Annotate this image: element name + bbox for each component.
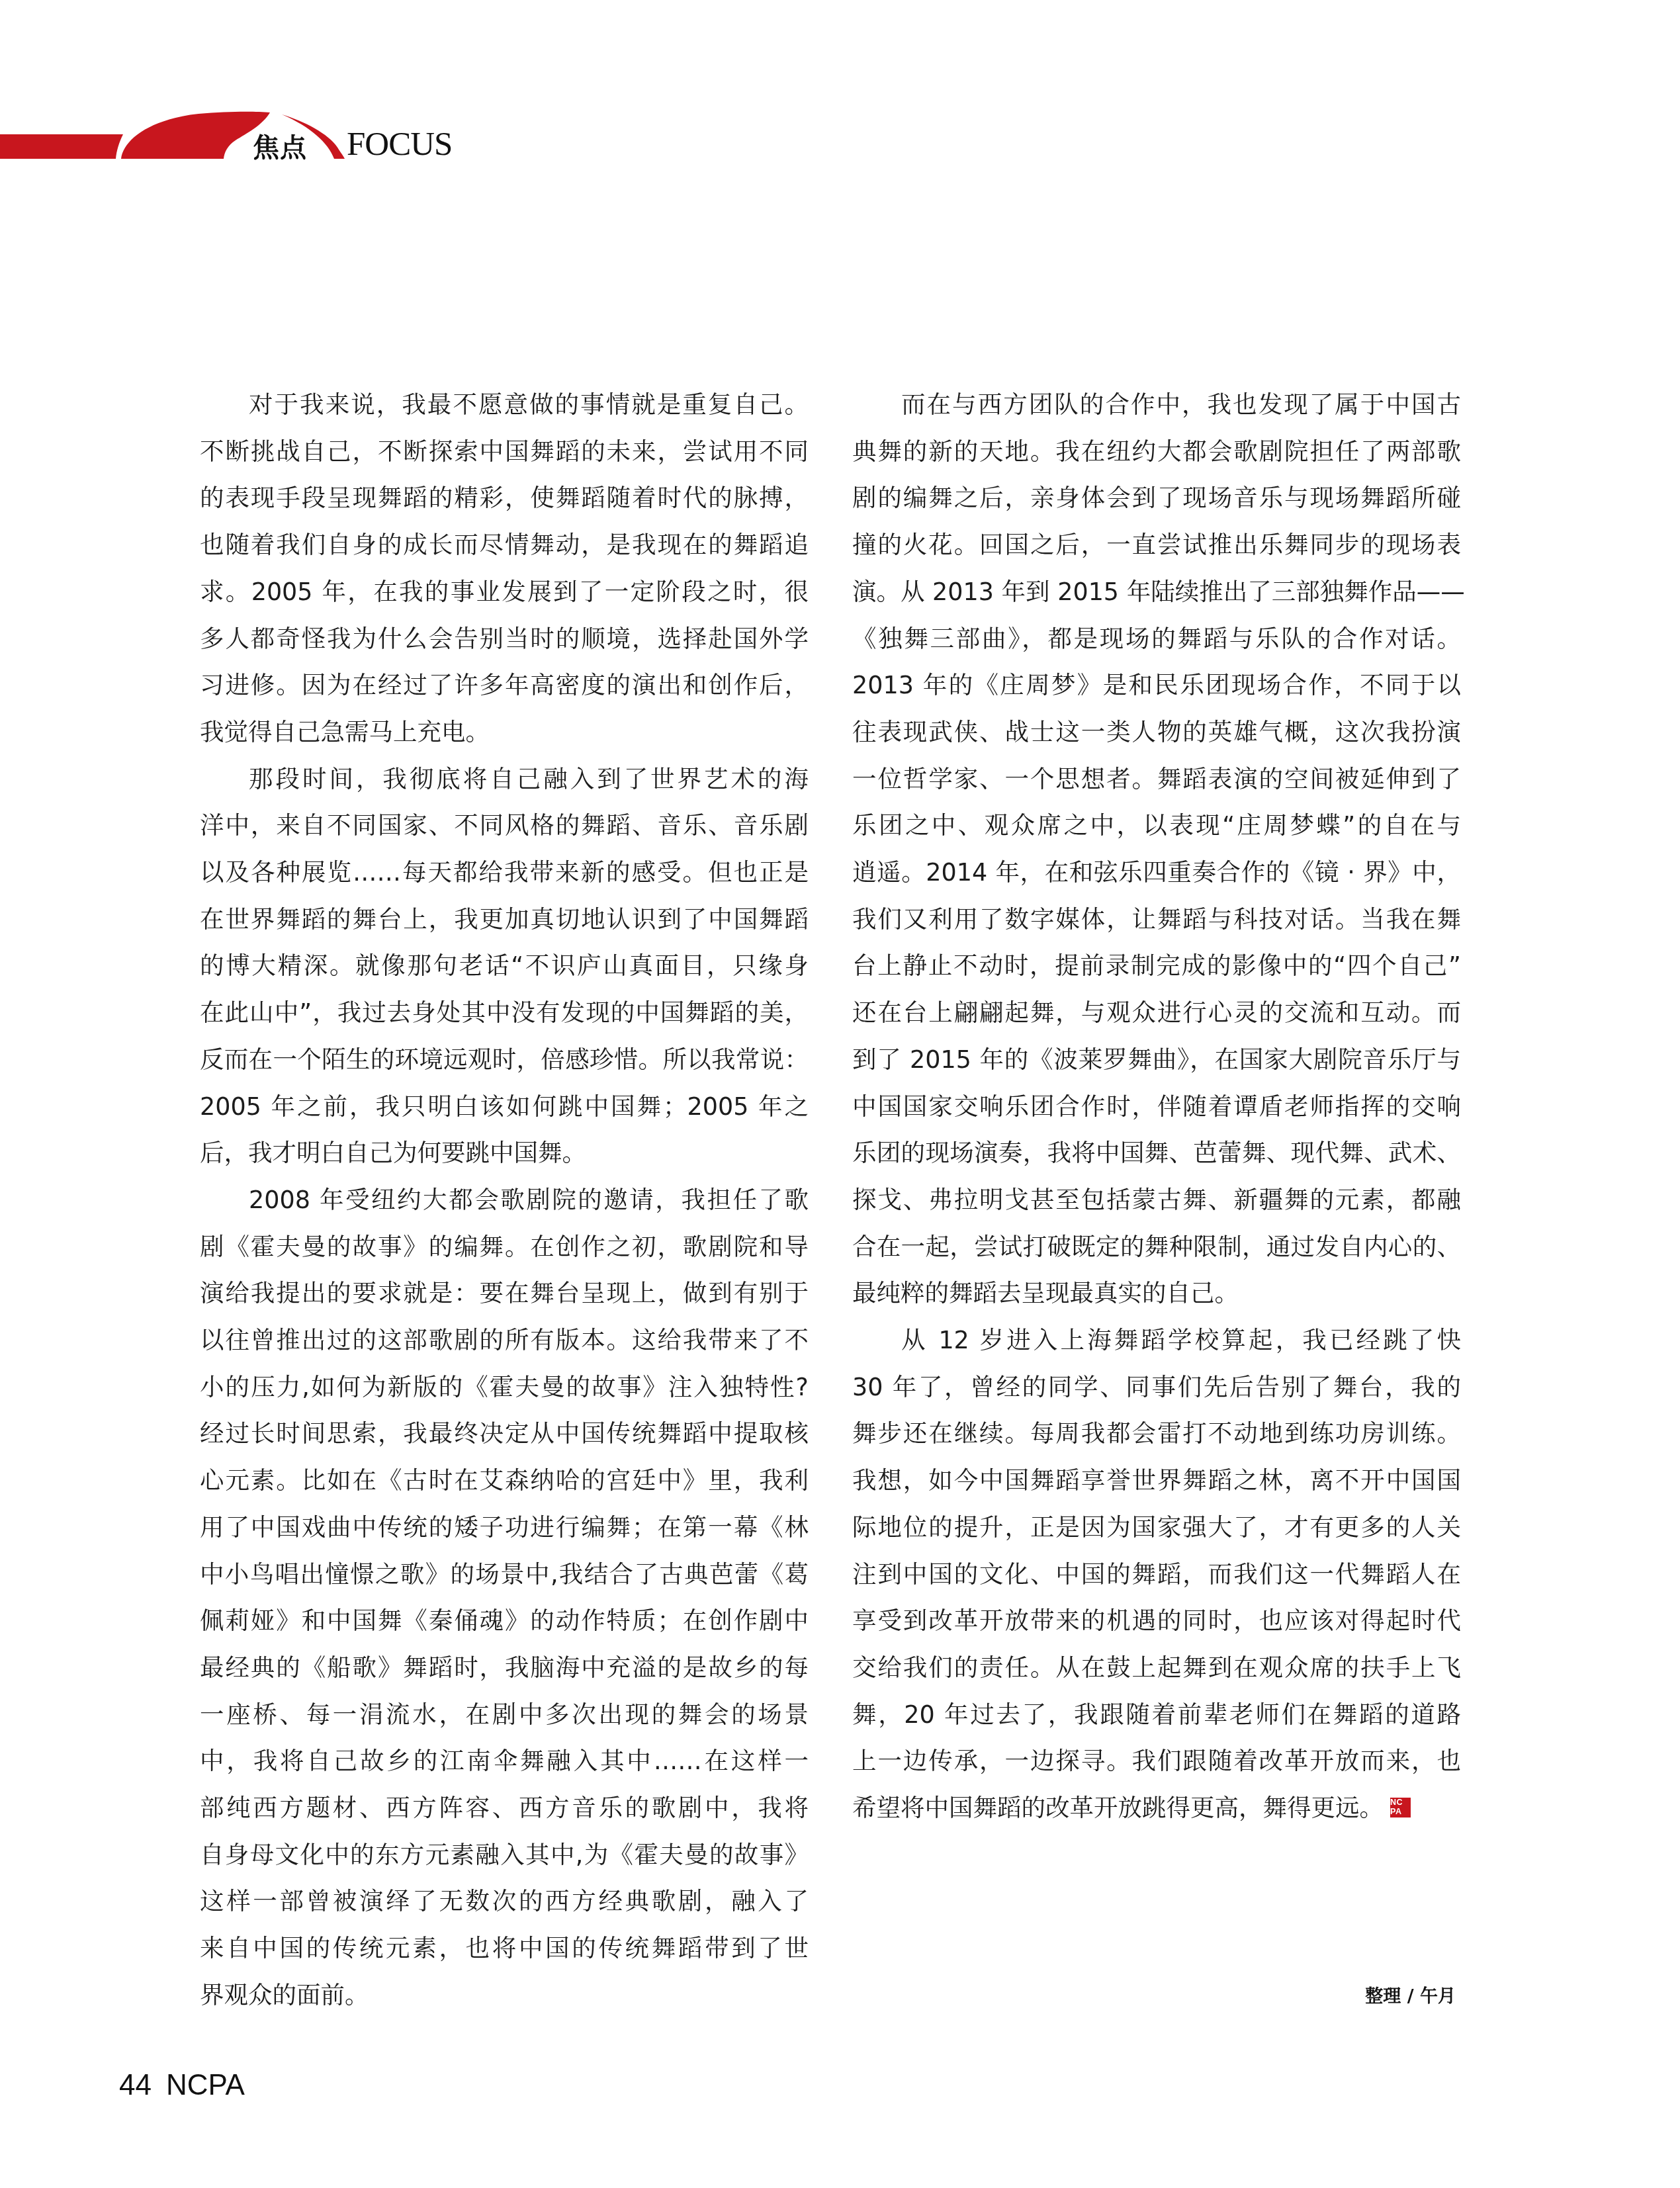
article-line-text: 希望将中国舞蹈的改革开放跳得更高，舞得更远。 xyxy=(852,1794,1384,1822)
article-line-text: 台上静止不动时，提前录制完成的影像中的“四个自己” xyxy=(852,951,1461,980)
article-line-text: 后，我才明白自己为何要跳中国舞。 xyxy=(200,1139,586,1167)
article-line-text: 乐团之中、观众席之中，以表现“庄周梦蝶”的自在与 xyxy=(852,811,1461,840)
article-line-text: 剧的编舞之后，亲身体会到了现场音乐与现场舞蹈所碰 xyxy=(852,484,1461,512)
article-line: 际地位的提升，正是因为国家强大了，才有更多的人关 xyxy=(852,1510,1461,1546)
editor-credit: 整理 / 午月 xyxy=(1362,1984,1456,2010)
article-line-text: 乐团的现场演奏，我将中国舞、芭蕾舞、现代舞、武术、 xyxy=(852,1139,1461,1167)
article-line: 这样一部曾被演绎了无数次的西方经典歌剧，融入了 xyxy=(200,1884,809,1919)
article-line-text: 注到中国的文化、中国的舞蹈，而我们这一代舞蹈人在 xyxy=(852,1560,1461,1589)
article-line: 注到中国的文化、中国的舞蹈，而我们这一代舞蹈人在 xyxy=(852,1557,1461,1593)
article-line-text: 反而在一个陌生的环境远观时，倍感珍惜。所以我常说： xyxy=(200,1045,809,1074)
article-line-text: 多人都奇怪我为什么会告别当时的顺境，选择赴国外学 xyxy=(200,625,809,653)
article-line: 合在一起，尝试打破既定的舞种限制，通过发自内心的、 xyxy=(852,1229,1461,1265)
article-line-text: 演。从 2013 年到 2015 年陆续推出了三部独舞作品—— xyxy=(852,578,1465,606)
article-line: 2008 年受纽约大都会歌剧院的邀请，我担任了歌 xyxy=(200,1182,809,1218)
article-line-text: 还在台上翩翩起舞，与观众进行心灵的交流和互动。而 xyxy=(852,998,1461,1027)
article-line: 台上静止不动时，提前录制完成的影像中的“四个自己” xyxy=(852,948,1461,984)
article-line-text: 经过长时间思索，我最终决定从中国传统舞蹈中提取核 xyxy=(200,1419,809,1448)
article-line: 自身母文化中的东方元素融入其中,为《霍夫曼的故事》 xyxy=(200,1837,809,1873)
article-line: 在世界舞蹈的舞台上，我更加真切地认识到了中国舞蹈 xyxy=(200,902,809,938)
article-line: 的博大精深。就像那句老话“不识庐山真面目，只缘身 xyxy=(200,948,809,984)
article-line-text: 以往曾推出过的这部歌剧的所有版本。这给我带来了不 xyxy=(200,1326,809,1354)
article-line: 上一边传承，一边探寻。我们跟随着改革开放而来，也 xyxy=(852,1743,1461,1779)
article-line-text: 2008 年受纽约大都会歌剧院的邀请，我担任了歌 xyxy=(249,1186,809,1214)
article-line: 剧《霍夫曼的故事》的编舞。在创作之初，歌剧院和导 xyxy=(200,1229,809,1265)
article-line-text: 2013 年的《庄周梦》是和民乐团现场合作，不同于以 xyxy=(852,671,1461,699)
end-mark-text-top: NC xyxy=(1390,1798,1411,1807)
article-line-text: 来自中国的传统元素，也将中国的传统舞蹈带到了世 xyxy=(200,1934,809,1962)
article-line: 到了 2015 年的《波莱罗舞曲》，在国家大剧院音乐厅与 xyxy=(852,1042,1461,1078)
article-line-text: 最纯粹的舞蹈去呈现最真实的自己。 xyxy=(852,1279,1239,1307)
article-line: 界观众的面前。 xyxy=(200,1978,809,2013)
article-line-text: 往表现武侠、战士这一类人物的英雄气概，这次我扮演 xyxy=(852,718,1461,746)
article-line-text: 最经典的《船歌》舞蹈时，我脑海中充溢的是故乡的每 xyxy=(200,1653,809,1682)
article-line-text: 在世界舞蹈的舞台上，我更加真切地认识到了中国舞蹈 xyxy=(200,905,809,934)
article-line: 舞，20 年过去了，我跟随着前辈老师们在舞蹈的道路 xyxy=(852,1697,1461,1733)
article-line-text: 演给我提出的要求就是：要在舞台呈现上，做到有别于 xyxy=(200,1279,809,1307)
article-line-text: 探戈、弗拉明戈甚至包括蒙古舞、新疆舞的元素，都融 xyxy=(852,1186,1461,1214)
article-line-text: 典舞的新的天地。我在纽约大都会歌剧院担任了两部歌 xyxy=(852,437,1461,466)
article-line-text: 中小鸟唱出憧憬之歌》的场景中,我结合了古典芭蕾《葛 xyxy=(200,1560,809,1589)
article-line-text: 不断挑战自己，不断探索中国舞蹈的未来，尝试用不同 xyxy=(200,437,809,466)
article-line-text: 这样一部曾被演绎了无数次的西方经典歌剧，融入了 xyxy=(200,1887,809,1915)
article-line: 以及各种展览……每天都给我带来新的感受。但也正是 xyxy=(200,855,809,891)
article-line: 我想，如今中国舞蹈享誉世界舞蹈之林，离不开中国国 xyxy=(852,1463,1461,1499)
article-line-text: 小的压力,如何为新版的《霍夫曼的故事》注入独特性? xyxy=(200,1373,809,1401)
article-line-text: 剧《霍夫曼的故事》的编舞。在创作之初，歌剧院和导 xyxy=(200,1233,809,1261)
page-number: 44 xyxy=(119,2069,152,2101)
article-line: 的表现手段呈现舞蹈的精彩，使舞蹈随着时代的脉搏， xyxy=(200,480,809,516)
end-mark-text-bottom: PA xyxy=(1390,1807,1411,1816)
article-line: 我们又利用了数字媒体，让舞蹈与科技对话。当我在舞 xyxy=(852,902,1461,938)
article-line: 演给我提出的要求就是：要在舞台呈现上，做到有别于 xyxy=(200,1276,809,1311)
article-line: 那段时间，我彻底将自己融入到了世界艺术的海 xyxy=(200,762,809,797)
article-line: 往表现武侠、战士这一类人物的英雄气概，这次我扮演 xyxy=(852,715,1461,750)
article-line: 最纯粹的舞蹈去呈现最真实的自己。 xyxy=(852,1276,1461,1311)
article-line: 一座桥、每一涓流水，在剧中多次出现的舞会的场景 xyxy=(200,1697,809,1733)
article-line: 还在台上翩翩起舞，与观众进行心灵的交流和互动。而 xyxy=(852,995,1461,1031)
article-line: 反而在一个陌生的环境远观时，倍感珍惜。所以我常说： xyxy=(200,1042,809,1078)
article-line: 求。2005 年，在我的事业发展到了一定阶段之时，很 xyxy=(200,574,809,610)
article-line-text: 心元素。比如在《古时在艾森纳哈的宫廷中》里，我利 xyxy=(200,1466,809,1495)
article-line: 剧的编舞之后，亲身体会到了现场音乐与现场舞蹈所碰 xyxy=(852,480,1461,516)
ncpa-end-mark-icon: NCPA xyxy=(1390,1798,1411,1817)
article-line: 交给我们的责任。从在鼓上起舞到在观众席的扶手上飞 xyxy=(852,1650,1461,1686)
article-line-text: 的表现手段呈现舞蹈的精彩，使舞蹈随着时代的脉搏， xyxy=(200,484,809,512)
article-line-text: 而在与西方团队的合作中，我也发现了属于中国古 xyxy=(901,390,1461,419)
article-line-text: 《独舞三部曲》，都是现场的舞蹈与乐队的合作对话。 xyxy=(852,625,1461,653)
article-line-text: 从 12 岁进入上海舞蹈学校算起，我已经跳了快 xyxy=(901,1326,1461,1354)
article-line: 30 年了，曾经的同学、同事们先后告别了舞台，我的 xyxy=(852,1370,1461,1405)
article-line-text: 对于我来说，我最不愿意做的事情就是重复自己。 xyxy=(249,390,809,419)
article-line: 《独舞三部曲》，都是现场的舞蹈与乐队的合作对话。 xyxy=(852,621,1461,657)
article-line-text: 合在一起，尝试打破既定的舞种限制，通过发自内心的、 xyxy=(852,1233,1461,1261)
article-line: 最经典的《船歌》舞蹈时，我脑海中充溢的是故乡的每 xyxy=(200,1650,809,1686)
article-line-text: 中，我将自己故乡的江南伞舞融入其中……在这样一 xyxy=(200,1747,809,1775)
article-line: 一位哲学家、一个思想者。舞蹈表演的空间被延伸到了 xyxy=(852,762,1461,797)
article-line-text: 也随着我们自身的成长而尽情舞动，是我现在的舞蹈追 xyxy=(200,531,809,559)
article-line-text: 享受到改革开放带来的机遇的同时，也应该对得起时代 xyxy=(852,1606,1461,1635)
article-line-text: 逍遥。2014 年，在和弦乐四重奏合作的《镜 · 界》中， xyxy=(852,858,1461,887)
section-title-cn: 焦点 xyxy=(253,135,307,161)
article-line-text: 自身母文化中的东方元素融入其中,为《霍夫曼的故事》 xyxy=(200,1841,809,1869)
article-line: 在此山中”，我过去身处其中没有发现的中国舞蹈的美， xyxy=(200,995,809,1031)
section-title-en: FOCUS xyxy=(347,127,452,161)
article-line: 撞的火花。回国之后，一直尝试推出乐舞同步的现场表 xyxy=(852,527,1461,563)
article-line: 中，我将自己故乡的江南伞舞融入其中……在这样一 xyxy=(200,1743,809,1779)
article-line-text: 界观众的面前。 xyxy=(200,1981,369,2009)
article-line-text: 2005 年之前，我只明白该如何跳中国舞；2005 年之 xyxy=(200,1092,809,1121)
article-line-text: 以及各种展览……每天都给我带来新的感受。但也正是 xyxy=(200,858,809,887)
article-line: 用了中国戏曲中传统的矮子功进行编舞；在第一幕《林 xyxy=(200,1510,809,1546)
article-line-text: 舞，20 年过去了，我跟随着前辈老师们在舞蹈的道路 xyxy=(852,1700,1461,1729)
article-line: 典舞的新的天地。我在纽约大都会歌剧院担任了两部歌 xyxy=(852,434,1461,470)
article-line-text: 舞步还在继续。每周我都会雷打不动地到练功房训练。 xyxy=(852,1419,1461,1448)
article-line: 部纯西方题材、西方阵容、西方音乐的歌剧中，我将 xyxy=(200,1790,809,1826)
article-line: 从 12 岁进入上海舞蹈学校算起，我已经跳了快 xyxy=(852,1323,1461,1358)
article-line-text: 交给我们的责任。从在鼓上起舞到在观众席的扶手上飞 xyxy=(852,1653,1461,1682)
article-line: 佩莉娅》和中国舞《秦俑魂》的动作特质；在创作剧中 xyxy=(200,1603,809,1639)
article-line-text: 际地位的提升，正是因为国家强大了，才有更多的人关 xyxy=(852,1513,1461,1542)
article-line: 小的压力,如何为新版的《霍夫曼的故事》注入独特性? xyxy=(200,1370,809,1405)
publication-name: NCPA xyxy=(166,2069,245,2101)
article-line-text: 佩莉娅》和中国舞《秦俑魂》的动作特质；在创作剧中 xyxy=(200,1606,809,1635)
article-line: 对于我来说，我最不愿意做的事情就是重复自己。 xyxy=(200,387,809,423)
article-line: 乐团的现场演奏，我将中国舞、芭蕾舞、现代舞、武术、 xyxy=(852,1135,1461,1171)
article-line-text: 用了中国戏曲中传统的矮子功进行编舞；在第一幕《林 xyxy=(200,1513,809,1542)
article-line-text: 在此山中”，我过去身处其中没有发现的中国舞蹈的美， xyxy=(200,998,809,1027)
article-line: 中国国家交响乐团合作时，伴随着谭盾老师指挥的交响 xyxy=(852,1089,1461,1125)
article-line: 而在与西方团队的合作中，我也发现了属于中国古 xyxy=(852,387,1461,423)
article-line: 心元素。比如在《古时在艾森纳哈的宫廷中》里，我利 xyxy=(200,1463,809,1499)
article-line-text: 我们又利用了数字媒体，让舞蹈与科技对话。当我在舞 xyxy=(852,905,1461,934)
article-line: 探戈、弗拉明戈甚至包括蒙古舞、新疆舞的元素，都融 xyxy=(852,1182,1461,1218)
article-line: 希望将中国舞蹈的改革开放跳得更高，舞得更远。NCPA xyxy=(852,1790,1461,1826)
article-line-text: 习进修。因为在经过了许多年高密度的演出和创作后， xyxy=(200,671,809,699)
article-line-text: 我觉得自己急需马上充电。 xyxy=(200,718,490,746)
article-line-text: 一座桥、每一涓流水，在剧中多次出现的舞会的场景 xyxy=(200,1700,809,1729)
article-line-text: 部纯西方题材、西方阵容、西方音乐的歌剧中，我将 xyxy=(200,1794,809,1822)
article-line: 不断挑战自己，不断探索中国舞蹈的未来，尝试用不同 xyxy=(200,434,809,470)
page-footer: 44NCPA xyxy=(119,2068,245,2103)
article-line-text: 到了 2015 年的《波莱罗舞曲》，在国家大剧院音乐厅与 xyxy=(852,1045,1461,1074)
article-line: 演。从 2013 年到 2015 年陆续推出了三部独舞作品—— xyxy=(852,574,1461,610)
article-line-text: 那段时间，我彻底将自己融入到了世界艺术的海 xyxy=(249,765,809,793)
article-line: 后，我才明白自己为何要跳中国舞。 xyxy=(200,1135,809,1171)
article-line: 也随着我们自身的成长而尽情舞动，是我现在的舞蹈追 xyxy=(200,527,809,563)
section-header: 焦点 FOCUS xyxy=(0,106,503,165)
article-line-text: 我想，如今中国舞蹈享誉世界舞蹈之林，离不开中国国 xyxy=(852,1466,1461,1495)
article-line-text: 的博大精深。就像那句老话“不识庐山真面目，只缘身 xyxy=(200,951,809,980)
article-line: 2013 年的《庄周梦》是和民乐团现场合作，不同于以 xyxy=(852,668,1461,703)
article-line-text: 30 年了，曾经的同学、同事们先后告别了舞台，我的 xyxy=(852,1373,1461,1401)
article-line: 习进修。因为在经过了许多年高密度的演出和创作后， xyxy=(200,668,809,703)
article-line-text: 中国国家交响乐团合作时，伴随着谭盾老师指挥的交响 xyxy=(852,1092,1461,1121)
article-line: 中小鸟唱出憧憬之歌》的场景中,我结合了古典芭蕾《葛 xyxy=(200,1557,809,1593)
article-line: 来自中国的传统元素，也将中国的传统舞蹈带到了世 xyxy=(200,1931,809,1966)
article-line: 多人都奇怪我为什么会告别当时的顺境，选择赴国外学 xyxy=(200,621,809,657)
article-line: 2005 年之前，我只明白该如何跳中国舞；2005 年之 xyxy=(200,1089,809,1125)
article-line: 乐团之中、观众席之中，以表现“庄周梦蝶”的自在与 xyxy=(852,808,1461,844)
article-line-text: 洋中，来自不同国家、不同风格的舞蹈、音乐、音乐剧 xyxy=(200,811,809,840)
article-line: 以往曾推出过的这部歌剧的所有版本。这给我带来了不 xyxy=(200,1323,809,1358)
article-line-text: 撞的火花。回国之后，一直尝试推出乐舞同步的现场表 xyxy=(852,531,1461,559)
article-line: 洋中，来自不同国家、不同风格的舞蹈、音乐、音乐剧 xyxy=(200,808,809,844)
article-line: 享受到改革开放带来的机遇的同时，也应该对得起时代 xyxy=(852,1603,1461,1639)
article-line-text: 求。2005 年，在我的事业发展到了一定阶段之时，很 xyxy=(200,578,809,606)
article-line: 经过长时间思索，我最终决定从中国传统舞蹈中提取核 xyxy=(200,1416,809,1452)
article-line: 我觉得自己急需马上充电。 xyxy=(200,715,809,750)
article-line: 舞步还在继续。每周我都会雷打不动地到练功房训练。 xyxy=(852,1416,1461,1452)
article-line-text: 一位哲学家、一个思想者。舞蹈表演的空间被延伸到了 xyxy=(852,765,1461,793)
article-line: 逍遥。2014 年，在和弦乐四重奏合作的《镜 · 界》中， xyxy=(852,855,1461,891)
article-line-text: 上一边传承，一边探寻。我们跟随着改革开放而来，也 xyxy=(852,1747,1461,1775)
